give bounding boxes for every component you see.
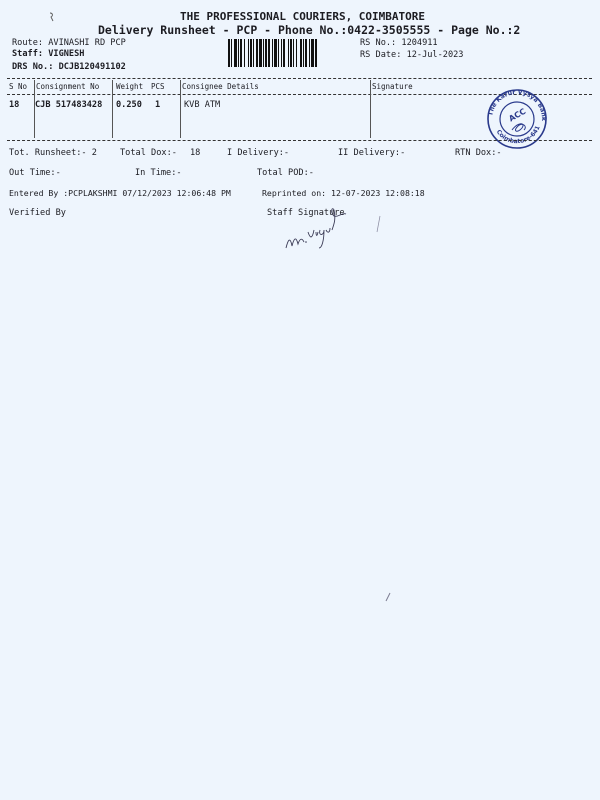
staff-label: Staff: VIGNESH bbox=[12, 49, 84, 59]
column-header-signature: Signature bbox=[372, 82, 413, 91]
out-time: Out Time:- bbox=[9, 168, 61, 178]
barcode bbox=[228, 39, 351, 67]
handwritten-signature bbox=[282, 202, 362, 254]
column-header-pcs: PCS bbox=[151, 82, 165, 91]
rs-date: RS Date: 12-Jul-2023 bbox=[360, 50, 463, 60]
i-delivery: I Delivery:- bbox=[227, 148, 289, 158]
rtn-dox: RTN Dox:- bbox=[455, 148, 502, 158]
tot-runsheet: Tot. Runsheet:- 2 bbox=[9, 148, 97, 158]
in-time: In Time:- bbox=[135, 168, 182, 178]
cell-consignment-no: CJB 517483428 bbox=[35, 100, 102, 110]
divider bbox=[7, 78, 592, 79]
reprinted-on: Reprinted on: 12-07-2023 12:08:18 bbox=[262, 188, 425, 198]
total-pod: Total POD:- bbox=[257, 168, 314, 178]
cell-consignee: KVB ATM bbox=[184, 100, 220, 110]
company-name: THE PROFESSIONAL COURIERS, COIMBATORE bbox=[180, 10, 425, 23]
pen-mark bbox=[384, 592, 392, 602]
rs-number: RS No.: 1204911 bbox=[360, 38, 438, 48]
divider bbox=[7, 140, 592, 141]
column-header-weight: Weight bbox=[116, 82, 143, 91]
pen-mark bbox=[374, 214, 384, 234]
total-dox-label: Total Dox:- bbox=[120, 148, 177, 158]
runsheet-title: Delivery Runsheet - PCP - Phone No.:0422… bbox=[98, 23, 520, 37]
verified-by: Verified By bbox=[9, 208, 66, 218]
cell-pcs: 1 bbox=[155, 100, 160, 110]
column-header-consignment-no: Consignment No bbox=[36, 82, 99, 91]
entered-by: Entered By :PCPLAKSHMI 07/12/2023 12:06:… bbox=[9, 188, 231, 198]
cell-s-no: 18 bbox=[9, 100, 19, 110]
column-header-consignee: Consignee Details bbox=[182, 82, 259, 91]
svg-text:ACC: ACC bbox=[507, 107, 527, 124]
column-header-s-no: S No bbox=[9, 82, 27, 91]
column-divider bbox=[370, 80, 371, 138]
column-divider bbox=[112, 80, 113, 138]
scan-speck bbox=[48, 12, 56, 22]
total-dox-value: 18 bbox=[190, 148, 200, 158]
route-label: Route: AVINASHI RD PCP bbox=[12, 38, 126, 48]
drs-number: DRS No.: DCJB120491102 bbox=[12, 62, 126, 72]
ii-delivery: II Delivery:- bbox=[338, 148, 405, 158]
cell-weight: 0.250 bbox=[116, 100, 142, 110]
column-divider bbox=[180, 80, 181, 138]
